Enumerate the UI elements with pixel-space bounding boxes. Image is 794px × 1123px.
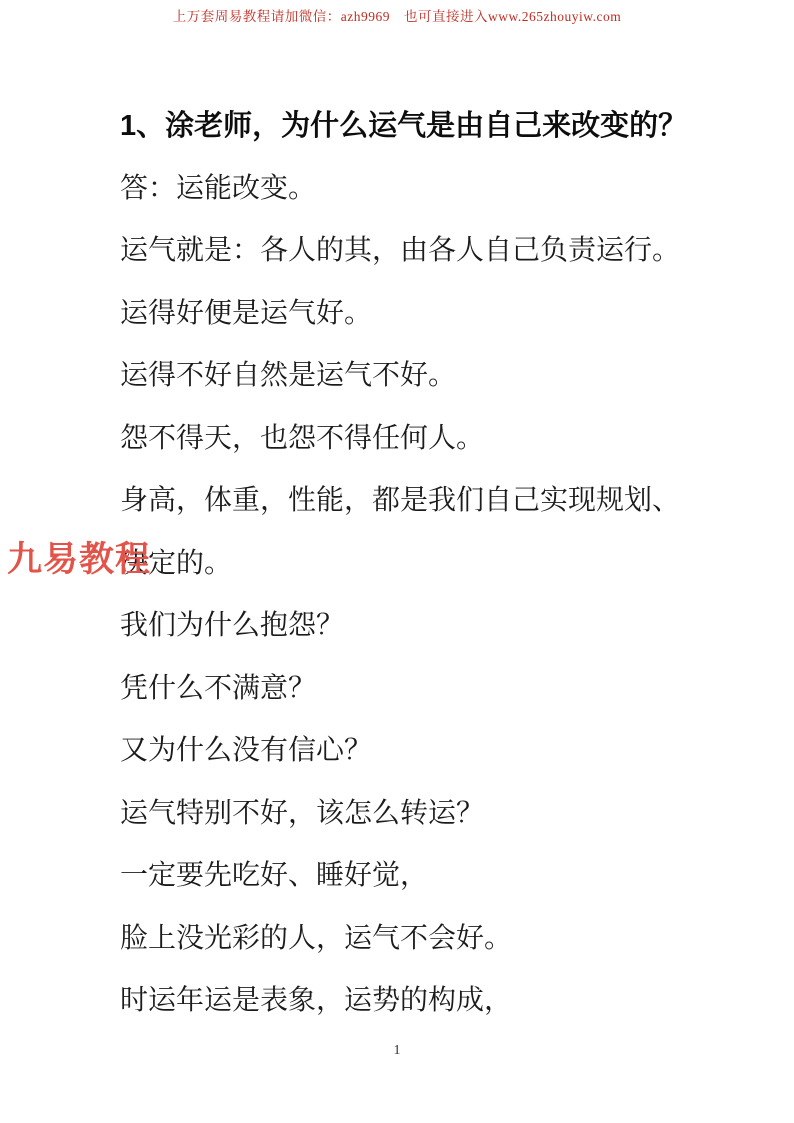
- paragraph-line: 运气特别不好，该怎么转运？: [120, 783, 740, 846]
- paragraph-line: 运得不好自然是运气不好。: [120, 345, 740, 408]
- paragraph-line: 怨不得天，也怨不得任何人。: [120, 408, 740, 471]
- page-number: 1: [0, 1043, 794, 1059]
- paragraph-line: 脸上没光彩的人，运气不会好。: [120, 908, 740, 971]
- paragraph-line: 运得好便是运气好。: [120, 283, 740, 346]
- paragraph-line: 一定要先吃好、睡好觉，: [120, 845, 740, 908]
- paragraph-line: 凭什么不满意？: [120, 658, 740, 721]
- site-watermark: 九易教程: [7, 541, 151, 579]
- paragraph-line: 运气就是：各人的其，由各人自己负责运行。: [120, 220, 740, 283]
- paragraph-line: 答：运能改变。: [120, 158, 740, 221]
- document-page: { "header": { "note": "上万套周易教程请加微信：azh99…: [0, 0, 794, 1123]
- paragraph-list: 答：运能改变。运气就是：各人的其，由各人自己负责运行。运得好便是运气好。运得不好…: [120, 158, 740, 1033]
- document-title: 1、涂老师，为什么运气是由自己来改变的？: [120, 95, 740, 158]
- paragraph-line: 身高，体重，性能，都是我们自己实现规划、: [120, 470, 740, 533]
- header-promo-text: 上万套周易教程请加微信：azh9969 也可直接进入www.265zhouyiw…: [0, 5, 794, 25]
- paragraph-line: 我们为什么抱怨？: [120, 595, 740, 658]
- document-body: 1、涂老师，为什么运气是由自己来改变的？ 答：运能改变。运气就是：各人的其，由各…: [120, 95, 740, 1033]
- paragraph-line: 时运年运是表象，运势的构成，: [120, 970, 740, 1033]
- paragraph-line: 决定的。: [120, 533, 740, 596]
- paragraph-line: 又为什么没有信心？: [120, 720, 740, 783]
